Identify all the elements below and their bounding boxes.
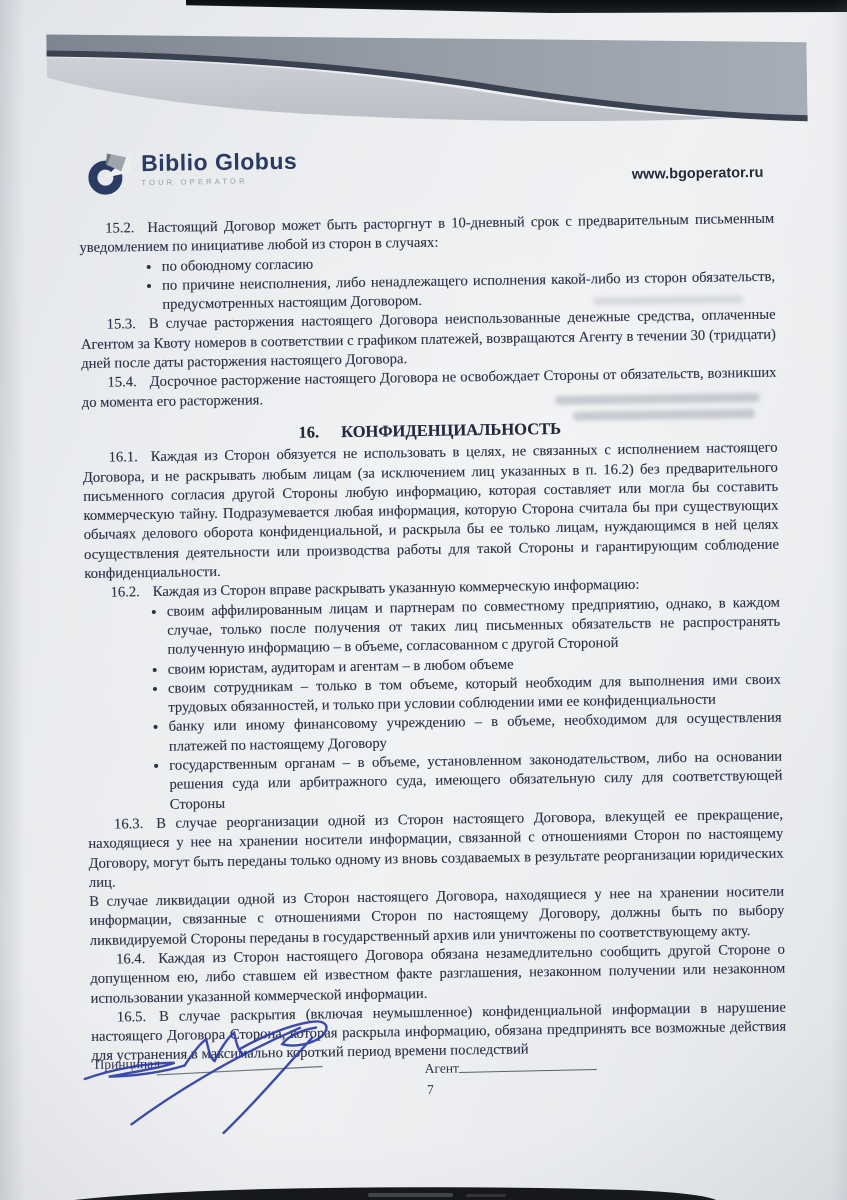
bullet-item: своим аффилированным лицам и партнерам п… xyxy=(167,593,781,660)
clause-15-2-list: по обоюдному согласию по причине неиспол… xyxy=(80,248,776,316)
clause-number: 16.2. xyxy=(110,584,139,600)
principal-signature xyxy=(72,1002,414,1147)
logo-title: Biblio Globus xyxy=(141,148,297,176)
clause-16-3-continued: В случае ликвидации одной из Сторон наст… xyxy=(89,883,785,951)
contract-body: 15.2.Настоящий Договор может быть растор… xyxy=(79,210,786,1067)
clause-text: В случае ликвидации одной из Сторон наст… xyxy=(89,884,784,949)
clause-text: Каждая из Сторон обязуется не использова… xyxy=(83,440,779,582)
clause-text: Досрочное расторжение настоящего Договор… xyxy=(82,365,777,411)
globe-logo-icon xyxy=(85,150,132,197)
clause-number: 15.4. xyxy=(107,375,136,391)
agent-signature-field: Агент xyxy=(425,1057,597,1077)
header-wave-graphic xyxy=(46,16,808,139)
section-title: КОНФИДЕНЦИАЛЬНОСТЬ xyxy=(341,419,561,442)
clause-16-4: 16.4.Каждая из Сторон настоящего Договор… xyxy=(90,941,786,1009)
agent-label: Агент xyxy=(425,1060,459,1076)
bullet-item: государственным органам – в объеме, уста… xyxy=(169,748,783,815)
clause-number: 16.1. xyxy=(108,449,137,465)
clause-number: 15.2. xyxy=(105,220,134,236)
clause-number: 16.4. xyxy=(116,951,145,967)
biblio-globus-logo: Biblio Globus TOUR OPERATOR xyxy=(85,148,298,197)
clause-16-3: 16.3.В случае реорганизации одной из Сто… xyxy=(88,806,784,893)
clause-number: 15.3. xyxy=(106,317,135,333)
clause-16-1: 16.1.Каждая из Сторон обязуется не испол… xyxy=(82,439,779,584)
website-url: www.bgoperator.ru xyxy=(573,165,763,184)
clause-15-3: 15.3.В случае расторжения настоящего Дог… xyxy=(80,306,776,374)
clause-16-2-list: своим аффилированным лицам и партнерам п… xyxy=(85,593,783,816)
clause-text: В случае расторжения настоящего Договора… xyxy=(81,307,776,372)
photo-background-bottom-edge xyxy=(68,1184,718,1200)
clause-text: В случае реорганизации одной из Сторон н… xyxy=(88,807,783,891)
clause-number: 16.3. xyxy=(114,816,143,832)
section-number: 16. xyxy=(298,422,319,442)
scanned-document-photo: Biblio Globus TOUR OPERATOR www.bgoperat… xyxy=(0,0,847,1200)
clause-text: Каждая из Сторон настоящего Договора обя… xyxy=(90,942,785,1007)
agent-signature-line xyxy=(459,1057,597,1073)
logo-subtitle: TOUR OPERATOR xyxy=(141,176,297,187)
document-page: Biblio Globus TOUR OPERATOR www.bgoperat… xyxy=(0,0,847,1200)
printed-content: Biblio Globus TOUR OPERATOR www.bgoperat… xyxy=(0,0,847,1200)
